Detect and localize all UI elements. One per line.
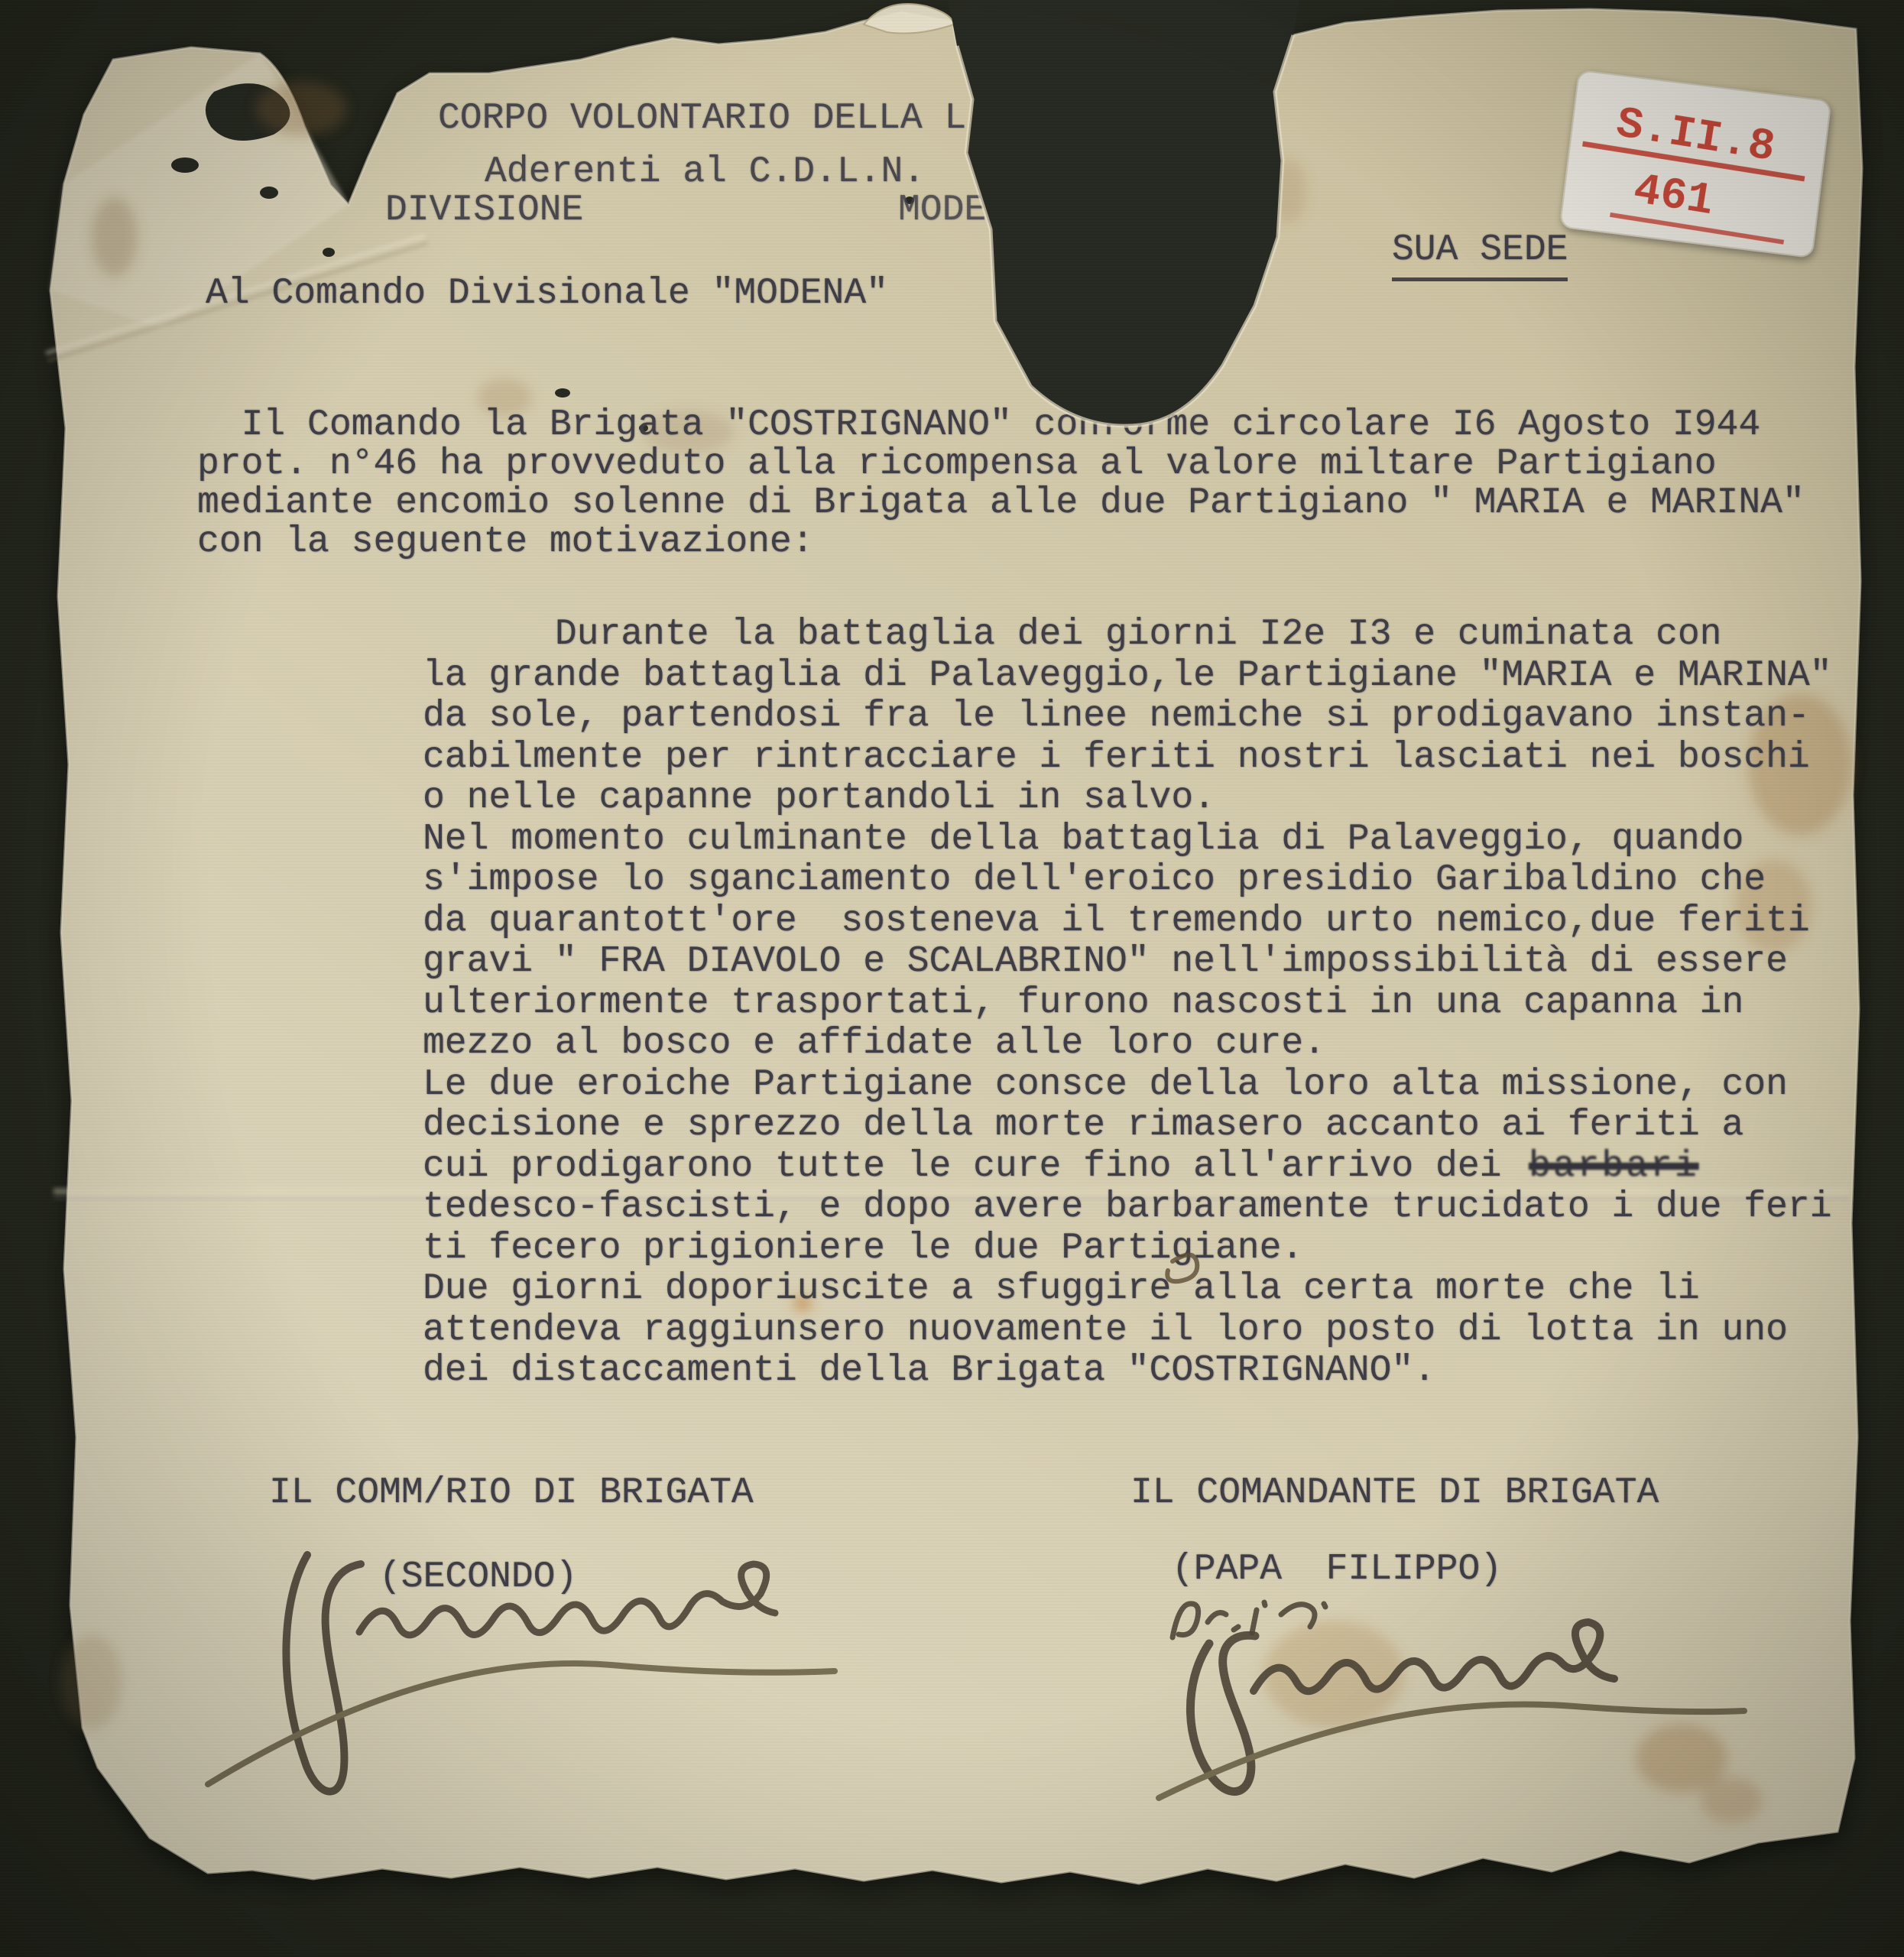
motivation-paragraph: Durante la battaglia dei giorni I2e I3 e… (423, 615, 1832, 1392)
struck-out-word: barbari (1529, 1147, 1699, 1188)
opening-paragraph: Il Comando la Brigata "COSTRIGNANO" conf… (197, 406, 1805, 562)
right-signature-typed-name: (PAPA FILIPPO) (1172, 1549, 1502, 1590)
org-header-line2: Aderenti al C.D.L.N. (485, 151, 925, 193)
recipient-line: Al Comando Divisionale "MODENA" (206, 273, 888, 314)
org-header-line: CORPO VOLONTARIO DELLA L (438, 98, 966, 139)
division-value: MODE (898, 190, 986, 231)
left-signature-title: IL COMM/RIO DI BRIGATA (269, 1472, 754, 1514)
right-signature-title: IL COMANDANTE DI BRIGATA (1130, 1472, 1659, 1514)
typed-text-layer: CORPO VOLONTARIO DELLA L Aderenti al C.D… (0, 0, 1904, 1957)
left-signature-typed-name: (SECONDO) (379, 1556, 577, 1598)
sua-sede-line: SUA SEDE (1392, 229, 1568, 281)
scanned-document-photo: CORPO VOLONTARIO DELLA L Aderenti al C.D… (0, 0, 1904, 1957)
division-label: DIVISIONE (385, 190, 583, 231)
